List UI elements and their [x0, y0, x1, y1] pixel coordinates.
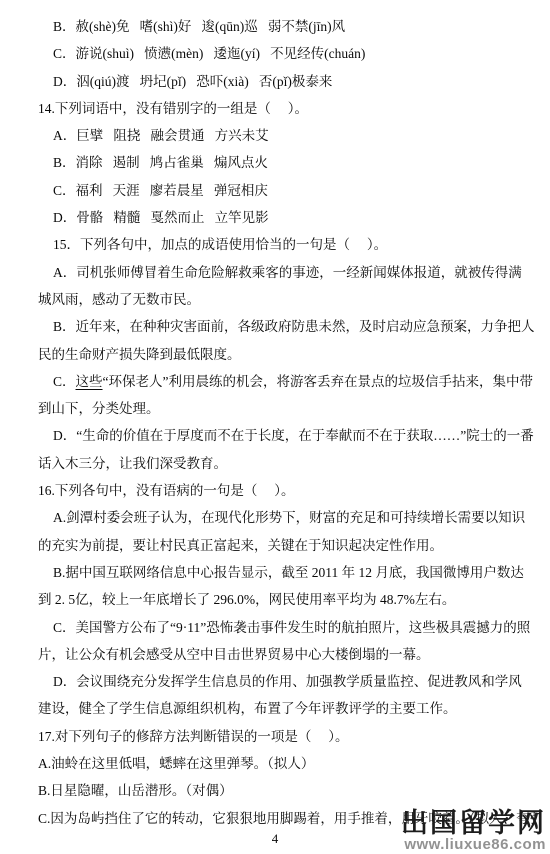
question-14-option-d: D．骨骼 精髓 戛然而止 立竿见影	[38, 204, 535, 231]
option-label: C．	[53, 374, 76, 389]
question-16-option-b: B.据中国互联网络信息中心报告显示，截至 2011 年 12 月底，我国微博用户…	[38, 559, 535, 614]
scanned-exam-page: { "page": { "number": "4" }, "watermark"…	[0, 0, 550, 854]
question-15-stem: 15．下列各句中，加点的成语使用恰当的一句是（ ）。	[38, 231, 535, 258]
question-13-option-d: D．泅(qiú)渡 坍圮(pǐ) 恐吓(xià) 否(pǐ)极泰来	[38, 68, 535, 95]
question-15-option-b: B．近年来，在种种灾害面前，各级政府防患未然，及时启动应急预案，力争把人民的生命…	[38, 313, 535, 368]
question-15-option-c: C．这些“环保老人”利用晨练的机会，将游客丢弃在景点的垃圾信手拈来，集中带到山下…	[38, 368, 535, 423]
question-17-option-c: C.因为岛屿挡住了它的转动，它狠狠地用脚踢着，用手推着，用牙咬着。（拟人、夸张）	[38, 805, 535, 832]
question-14-stem: 14.下列词语中，没有错别字的一组是（ ）。	[38, 95, 535, 122]
question-15-option-d: D．“生命的价值在于厚度而不在于长度，在于奉献而不在于获取……”院士的一番话入木…	[38, 422, 535, 477]
question-15-option-a: A．司机张师傅冒着生命危险解救乘客的事迹，一经新闻媒体报道，就被传得满城风雨，感…	[38, 259, 535, 314]
question-16-option-d: D．会议围绕充分发挥学生信息员的作用、加强教学质量监控、促进教风和学风建设，健全…	[38, 668, 535, 723]
page-number: 4	[0, 831, 550, 847]
question-14-option-b: B．消除 遏制 鸠占雀巢 煽风点火	[38, 149, 535, 176]
document-body: B．赦(shè)免 嗜(shì)好 逡(qūn)巡 弱不禁(jīn)风 C．游说…	[0, 0, 550, 832]
question-17-option-a: A.油蛉在这里低唱，蟋蟀在这里弹琴。（拟人）	[38, 750, 535, 777]
question-16-stem: 16.下列各句中，没有语病的一句是（ ）。	[38, 477, 535, 504]
question-17-stem: 17.对下列句子的修辞方法判断错误的一项是（ ）。	[38, 723, 535, 750]
question-13-option-b: B．赦(shè)免 嗜(shì)好 逡(qūn)巡 弱不禁(jīn)风	[38, 13, 535, 40]
option-text: “环保老人”利用晨练的机会，将游客丢弃在景点的垃圾信手拈来，集中带到山下，分类处…	[38, 374, 533, 416]
underlined-phrase: 这些	[76, 374, 103, 389]
question-16-option-a: A.剑潭村委会班子认为，在现代化形势下，财富的充足和可持续增长需要以知识的充实为…	[38, 504, 535, 559]
question-14-option-a: A．巨擘 阻挠 融会贯通 方兴未艾	[38, 122, 535, 149]
question-16-option-c: C．美国警方公布了“9·11”恐怖袭击事件发生时的航拍照片，这些极具震撼力的照片…	[38, 614, 535, 669]
question-17-option-b: B.日星隐曜，山岳潜形。（对偶）	[38, 777, 535, 804]
question-13-option-c: C．游说(shuì) 愤懑(mèn) 逶迤(yí) 不见经传(chuán)	[38, 40, 535, 67]
question-14-option-c: C．福利 天涯 廖若晨星 弹冠相庆	[38, 177, 535, 204]
